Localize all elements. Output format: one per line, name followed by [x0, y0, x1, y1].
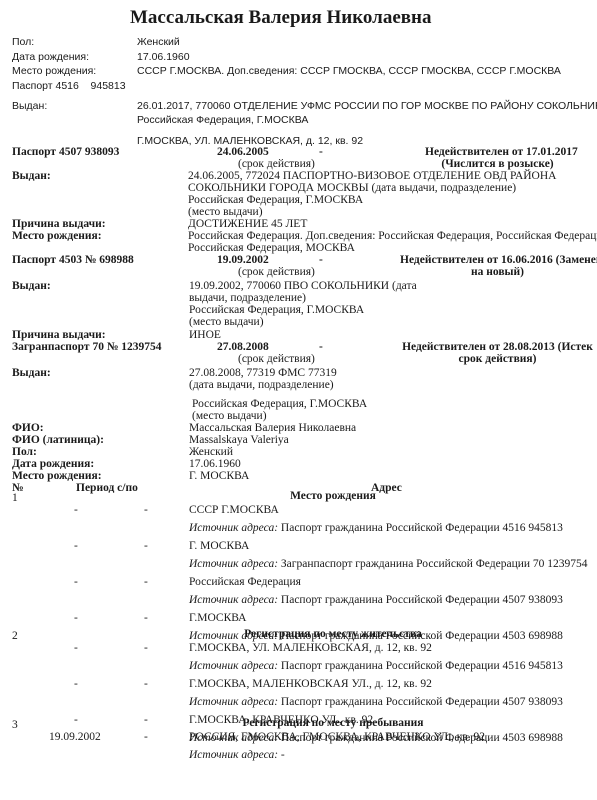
passport-3-date: 27.08.2008 — [217, 341, 269, 353]
section-title: Место рождения — [188, 490, 478, 502]
period-from: - — [74, 714, 78, 726]
passport-1-title: Паспорт 4507 938093 — [12, 146, 119, 158]
passport-3-issued-line: Российская Федерация, Г.МОСКВА — [192, 398, 367, 410]
address-value: Российская Федерация — [189, 576, 301, 588]
field-value-birthdate: 17.06.1960 — [137, 51, 190, 63]
address-value: Г.МОСКВА, МАЛЕНКОВСКАЯ УЛ., д. 12, кв. 9… — [189, 678, 432, 690]
section-title: Регистрация по месту жительства — [188, 628, 478, 640]
page-title: Массальская Валерия Николаевна — [130, 7, 431, 29]
address-source-label: Источник адреса: — [189, 522, 281, 534]
passport-1-reason-label: Причина выдачи: — [12, 218, 106, 230]
address-source-label: Источник адреса: — [189, 749, 281, 761]
address-source: Источник адреса: Паспорт гражданина Росс… — [189, 522, 563, 534]
field-label-birthdate: Дата рождения: — [12, 51, 89, 63]
address-source: Источник адреса: - — [189, 749, 285, 761]
address-value: СССР Г.МОСКВА — [189, 504, 279, 516]
address-source-label: Источник адреса: — [189, 696, 281, 708]
address-source: Источник адреса: Паспорт гражданина Росс… — [189, 594, 563, 606]
passport-2-reason: ИНОЕ — [189, 329, 221, 341]
address-source-value: Паспорт гражданина Российской Федерации … — [281, 660, 563, 672]
period-from: - — [74, 540, 78, 552]
person-label-birthdate: Дата рождения: — [12, 458, 94, 470]
person-label-fio: ФИО: — [12, 422, 44, 434]
passport-2-issued-line: (место выдачи) — [189, 316, 264, 328]
passport-2-issued-label: Выдан: — [12, 280, 51, 292]
period-from: - — [74, 504, 78, 516]
period-from: - — [74, 678, 78, 690]
passport-2-issued-line: Российская Федерация, Г.МОСКВА — [189, 304, 364, 316]
passport-1-birthplace-line: Российская Федерация, МОСКВА — [188, 242, 355, 254]
passport-3-status-line1: Недействителен от 28.08.2013 (Истек — [400, 341, 595, 353]
period-from: 19.09.2002 — [49, 731, 101, 743]
field-value-sex: Женский — [137, 36, 180, 48]
address-source-value: Паспорт гражданина Российской Федерации … — [281, 522, 563, 534]
passport-1-date: 24.06.2005 — [217, 146, 269, 158]
section-number: 1 — [12, 492, 18, 504]
period-to: - — [144, 678, 148, 690]
passport-1-issued-line: Российская Федерация, Г.МОСКВА — [188, 194, 363, 206]
address-value: РОССИЯ, ГМОСКВА, ГМОСКВА, КРАВЧЕНКО УЛ.,… — [189, 731, 485, 743]
passport-2-title: Паспорт 4503 № 698988 — [12, 254, 134, 266]
person-value-birthdate: 17.06.1960 — [189, 458, 241, 470]
passport-1-birthplace-label: Место рождения: — [12, 230, 102, 242]
passport-3-issued-label: Выдан: — [12, 367, 51, 379]
period-to: - — [144, 576, 148, 588]
address-source: Источник адреса: Паспорт гражданина Росс… — [189, 660, 563, 672]
field-value-birthplace: СССР Г.МОСКВА. Доп.сведения: СССР ГМОСКВ… — [137, 65, 561, 77]
person-value-fio: Массальская Валерия Николаевна — [189, 422, 356, 434]
period-from: - — [74, 612, 78, 624]
period-to: - — [144, 504, 148, 516]
person-value-fio-latin: Massalskaya Valeriya — [189, 434, 289, 446]
address-source-label: Источник адреса: — [189, 660, 281, 672]
section-number: 2 — [12, 630, 18, 642]
col-header-period: Период с/по — [76, 482, 138, 494]
passport-1-issued-line: 24.06.2005, 772024 ПАСПОРТНО-ВИЗОВОЕ ОТД… — [188, 170, 556, 182]
passport-1-issued-line: (место выдачи) — [188, 206, 263, 218]
passport-3-issued-line: (дата выдачи, подразделение) — [189, 379, 334, 391]
passport-2-status-line1: Недействителен от 16.06.2016 (Заменен — [400, 254, 595, 266]
field-label-sex: Пол: — [12, 36, 34, 48]
period-from: - — [74, 576, 78, 588]
address-source: Источник адреса: Загранпаспорт гражданин… — [189, 558, 588, 570]
field-value-issued: 26.01.2017, 770060 ОТДЕЛЕНИЕ УФМС РОССИИ… — [137, 100, 597, 112]
period-from: - — [74, 642, 78, 654]
passport-3-status-line2: срок действия) — [400, 353, 595, 365]
passport-2-date: 19.09.2002 — [217, 254, 269, 266]
address-value: Г.МОСКВА — [189, 612, 247, 624]
passport-2-issued-line: 19.09.2002, 770060 ПВО СОКОЛЬНИКИ (дата — [189, 280, 417, 292]
passport-1-status-line1: Недействителен от 17.01.2017 — [425, 146, 570, 158]
section-number: 3 — [12, 719, 18, 731]
passport-1-reason: ДОСТИЖЕНИЕ 45 ЛЕТ — [188, 218, 307, 230]
passport-3-issued-line: (место выдачи) — [192, 410, 267, 422]
passport-1-issued-line: СОКОЛЬНИКИ ГОРОДА МОСКВЫ (дата выдачи, п… — [188, 182, 516, 194]
period-to: - — [144, 731, 148, 743]
passport-1-status-line2: (Числится в розыске) — [425, 158, 570, 170]
passport-3-issued-line: 27.08.2008, 77319 ФМС 77319 — [189, 367, 337, 379]
address-source-label: Источник адреса: — [189, 558, 281, 570]
period-to: - — [144, 540, 148, 552]
address-source-value: Загранпаспорт гражданина Российской Феде… — [281, 558, 588, 570]
passport-2-status-line2: на новый) — [400, 266, 595, 278]
passport-1-dash: - — [319, 146, 323, 158]
address-source: Источник адреса: Паспорт гражданина Росс… — [189, 696, 563, 708]
passport-2-validity-note: (срок действия) — [238, 266, 315, 278]
person-label-sex: Пол: — [12, 446, 37, 458]
passport-1-birthplace-line: Российская Федерация. Доп.сведения: Росс… — [188, 230, 597, 242]
passport-1-issued-label: Выдан: — [12, 170, 51, 182]
field-value-issued-place: Российская Федерация, Г.МОСКВА — [137, 114, 308, 126]
address-source-label: Источник адреса: — [189, 594, 281, 606]
passport-3-title: Загранпаспорт 70 № 1239754 — [12, 341, 162, 353]
section-title: Регистрация по месту пребывания — [188, 717, 478, 729]
passport-2-issued-line: выдачи, подразделение) — [189, 292, 306, 304]
person-value-birthplace: Г. МОСКВА — [189, 470, 249, 482]
address-source-value: - — [281, 749, 285, 761]
passport-3-dash: - — [319, 341, 323, 353]
field-label-issued: Выдан: — [12, 100, 47, 112]
passport-2-reason-label: Причина выдачи: — [12, 329, 106, 341]
person-label-birthplace: Место рождения: — [12, 470, 102, 482]
address-value: Г. МОСКВА — [189, 540, 249, 552]
period-to: - — [144, 612, 148, 624]
address-source-value: Паспорт гражданина Российской Федерации … — [281, 696, 563, 708]
period-to: - — [144, 714, 148, 726]
passport-1-validity-note: (срок действия) — [238, 158, 315, 170]
field-label-birthplace: Место рождения: — [12, 65, 96, 77]
address-value: Г.МОСКВА, УЛ. МАЛЕНКОВСКАЯ, д. 12, кв. 9… — [189, 642, 432, 654]
passport-3-validity-note: (срок действия) — [238, 353, 315, 365]
person-value-sex: Женский — [189, 446, 233, 458]
period-to: - — [144, 642, 148, 654]
passport-2-dash: - — [319, 254, 323, 266]
address-source-value: Паспорт гражданина Российской Федерации … — [281, 594, 563, 606]
person-label-fio-latin: ФИО (латиница): — [12, 434, 104, 446]
field-label-passport: Паспорт 4516 945813 — [12, 80, 126, 92]
